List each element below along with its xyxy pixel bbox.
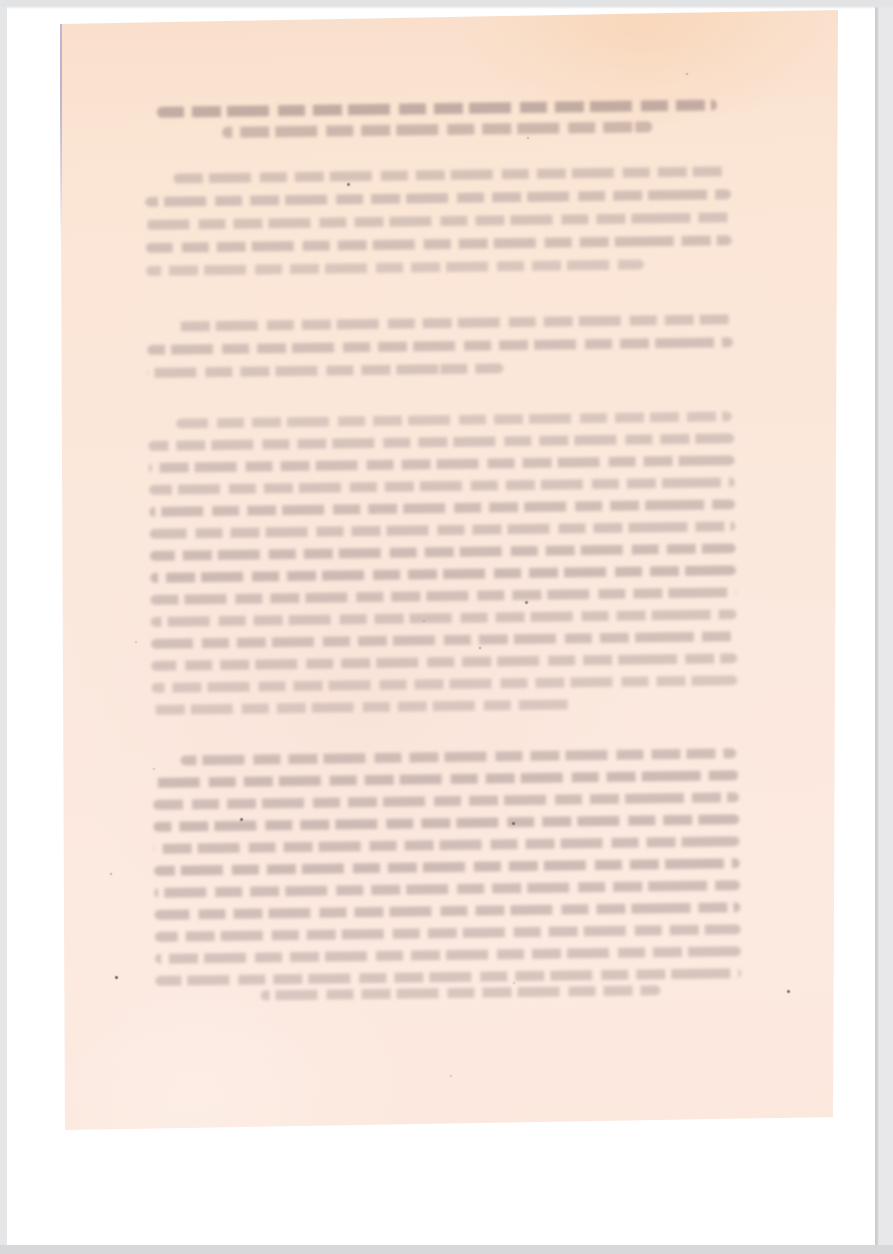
- faded-text-line: [147, 363, 503, 378]
- faded-text-line: [153, 814, 739, 832]
- dust-speck: [525, 601, 528, 604]
- dust-speck: [527, 137, 529, 139]
- faded-text-line: [155, 924, 741, 942]
- dust-speck: [110, 873, 112, 875]
- faded-text-line: [149, 455, 735, 473]
- dust-speck: [115, 976, 118, 979]
- faded-text-line: [151, 675, 737, 693]
- faded-text-line: [175, 314, 731, 331]
- faded-text-line: [152, 699, 572, 714]
- faded-text-line: [153, 792, 739, 810]
- faded-text-line: [145, 212, 731, 230]
- faded-text-block: [0, 0, 893, 1254]
- dust-speck: [512, 822, 515, 825]
- dust-speck: [423, 620, 425, 622]
- faded-text-line: [148, 433, 734, 451]
- scanner-bed-edge-top: [0, 0, 893, 9]
- dust-speck: [513, 982, 515, 984]
- dust-speck: [686, 73, 688, 75]
- faded-text-line: [146, 259, 644, 276]
- faded-text-line: [149, 477, 735, 495]
- dust-speck: [787, 990, 790, 993]
- faded-text-line: [154, 880, 740, 898]
- faded-text-line: [151, 631, 737, 649]
- dust-speck: [153, 768, 155, 770]
- faded-text-line: [173, 166, 729, 183]
- faded-text-line: [155, 968, 741, 986]
- faded-text-line: [153, 770, 739, 788]
- faded-heading-line: [222, 121, 652, 138]
- faded-text-line: [155, 946, 741, 964]
- faded-text-line: [146, 235, 732, 253]
- scanned-document-photo: [0, 0, 893, 1254]
- faded-text-line: [154, 858, 740, 876]
- faded-text-line: [145, 189, 731, 207]
- faded-text-line: [150, 587, 736, 605]
- dust-speck: [347, 183, 350, 186]
- dust-speck: [135, 641, 137, 643]
- faded-text-line: [154, 836, 740, 854]
- dust-speck: [240, 818, 243, 821]
- faded-text-line: [151, 609, 737, 627]
- faded-text-line: [147, 337, 733, 355]
- faded-heading-line: [157, 99, 717, 117]
- dust-speck: [479, 647, 481, 649]
- scanner-bed-edge-right: [875, 0, 893, 1254]
- faded-text-line: [150, 565, 736, 583]
- dust-speck: [450, 1075, 452, 1077]
- faded-text-line: [149, 521, 735, 539]
- faded-text-line: [149, 499, 735, 517]
- faded-text-line: [151, 653, 737, 671]
- faded-text-line: [176, 411, 732, 428]
- scanner-bed-edge-bottom: [0, 1245, 893, 1254]
- faded-text-line: [154, 902, 740, 920]
- scanner-bed-edge-left: [0, 0, 7, 1254]
- faded-text-line: [180, 748, 736, 765]
- page-sheet: [0, 0, 893, 1254]
- faded-text-line: [260, 985, 660, 1000]
- faded-text-line: [150, 543, 736, 561]
